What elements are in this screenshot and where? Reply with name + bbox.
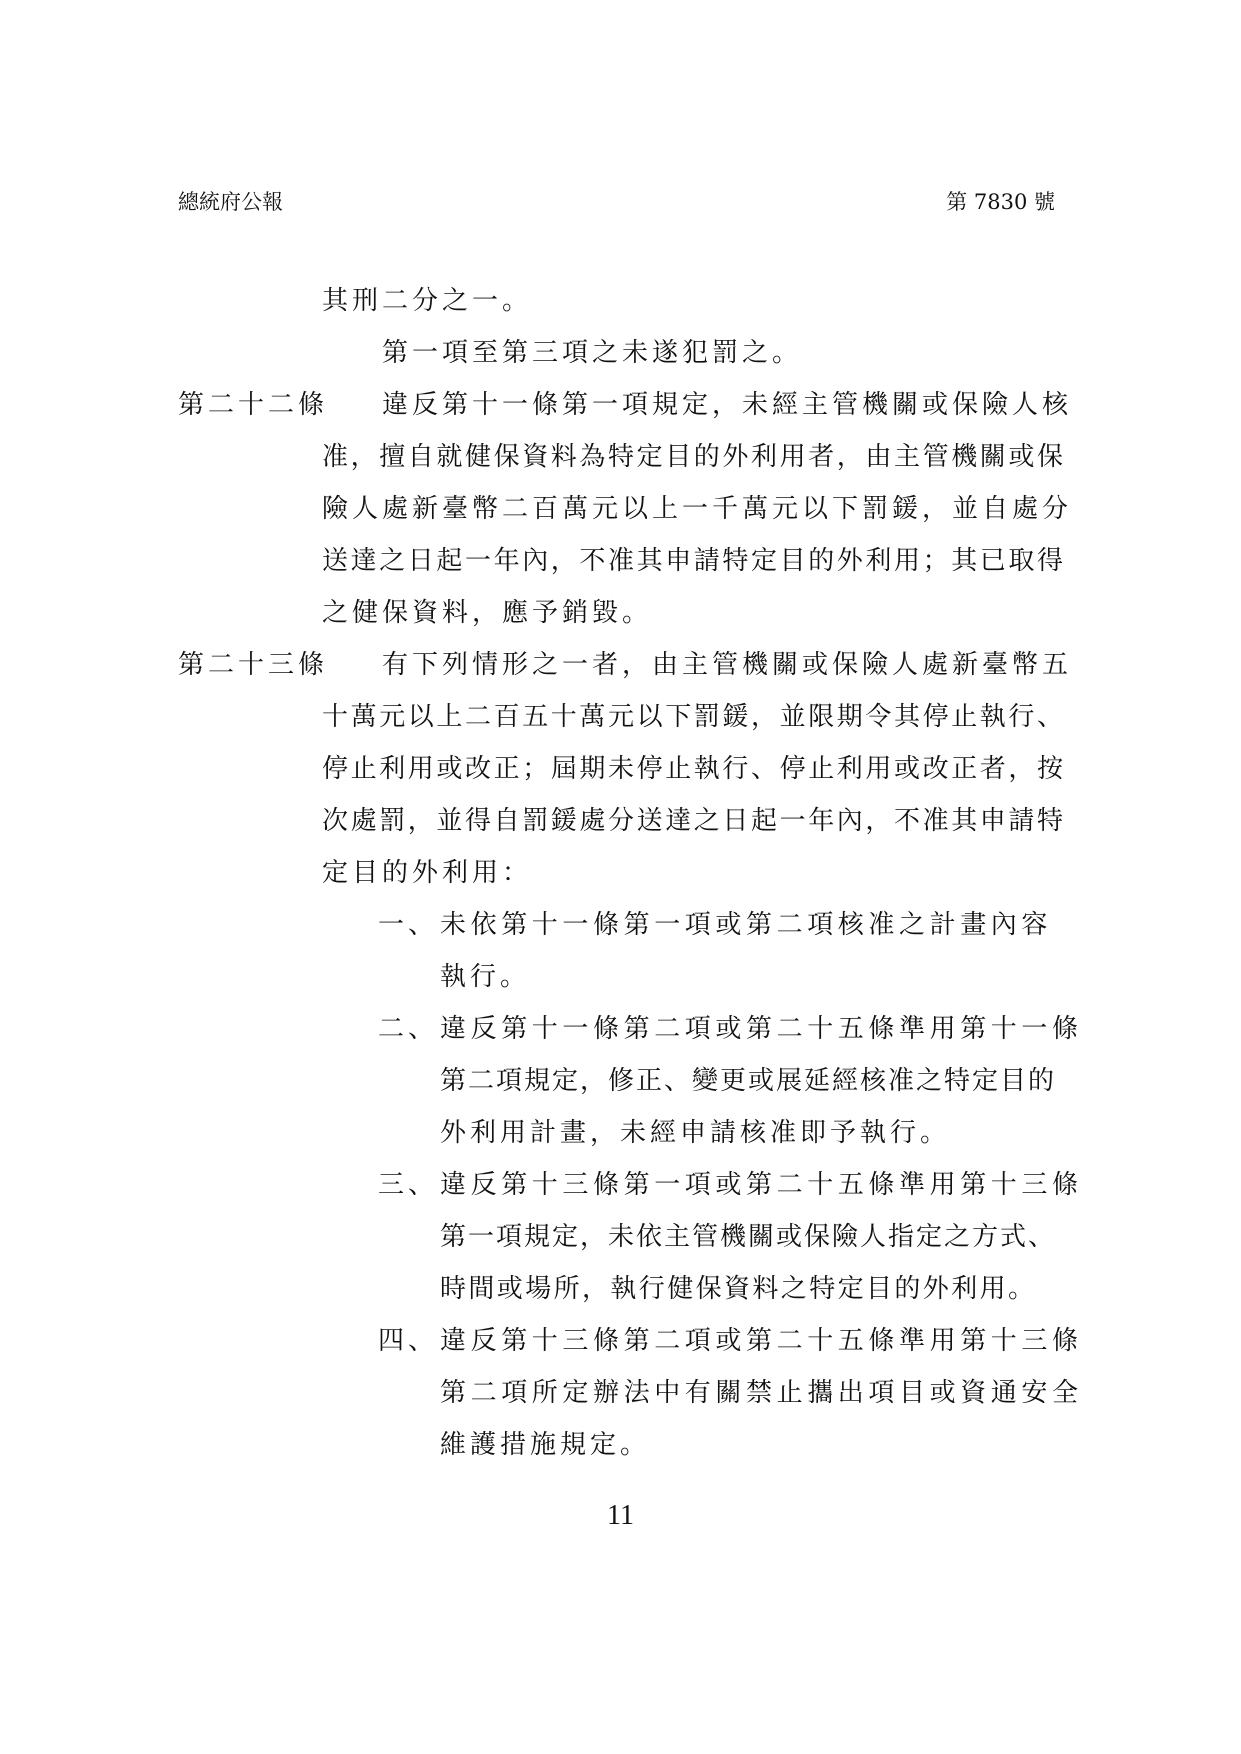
text-line: 違反第十三條第二項或第二十五條準用第十三條 [440,1320,1083,1357]
text-line: 違反第十三條第一項或第二十五條準用第十三條 [440,1164,1083,1201]
item-marker: 四、 [378,1320,438,1357]
article-label: 第二十三條 [178,644,328,681]
text-line: 次處罰，並得自罰鍰處分送達之日起一年內，不准其申請特 [322,800,1066,837]
issue-number: 第 7830 號 [946,186,1055,216]
text-line: 第二項所定辦法中有關禁止攜出項目或資通安全 [440,1372,1083,1409]
text-line: 准，擅自就健保資料為特定目的外利用者，由主管機關或保 [322,436,1066,473]
text-line: 第一項至第三項之未遂犯罰之。 [382,332,802,369]
publication-title: 總統府公報 [178,186,283,216]
text-line: 停止利用或改正；屆期未停止執行、停止利用或改正者，按 [322,748,1066,785]
article-label: 第二十二條 [178,384,328,421]
text-line: 第二項規定，修正、變更或展延經核准之特定目的 [440,1060,1056,1097]
text-line: 執行。 [440,956,530,993]
text-line: 時間或場所，執行健保資料之特定目的外利用。 [440,1268,1036,1305]
page-number: 11 [0,1500,1241,1532]
text-line: 違反第十一條第二項或第二十五條準用第十一條 [440,1008,1083,1045]
text-line: 送達之日起一年內，不准其申請特定目的外利用；其已取得 [322,540,1066,577]
text-line: 定目的外利用： [322,852,532,889]
text-line: 維護措施規定。 [440,1424,650,1461]
text-line: 其刑二分之一。 [322,280,532,317]
text-line: 外利用計畫，未經申請核准即予執行。 [440,1112,950,1149]
item-marker: 二、 [378,1008,438,1045]
text-line: 第一項規定，未依主管機關或保險人指定之方式、 [440,1216,1056,1253]
text-line: 違反第十一條第一項規定，未經主管機關或保險人核 [382,384,1072,421]
item-marker: 三、 [378,1164,438,1201]
text-line: 之健保資料，應予銷毀。 [322,592,652,629]
item-marker: 一、 [378,904,438,941]
text-line: 十萬元以上二百五十萬元以下罰鍰，並限期令其停止執行、 [322,696,1066,733]
text-line: 有下列情形之一者，由主管機關或保險人處新臺幣五 [382,644,1072,681]
text-line: 險人處新臺幣二百萬元以上一千萬元以下罰鍰，並自處分 [322,488,1072,525]
text-line: 未依第十一條第一項或第二項核准之計畫內容 [440,904,1052,941]
